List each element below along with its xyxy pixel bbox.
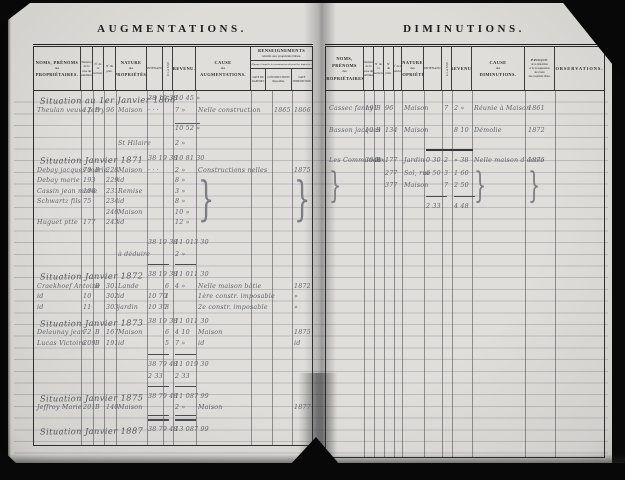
scan-edge-bottom — [0, 463, 625, 480]
handwritten-entry: 8 10 — [454, 127, 469, 134]
handwritten-entry: 2 33 — [175, 373, 190, 380]
handwritten-brace: } — [329, 168, 341, 203]
sum-rule — [454, 196, 475, 197]
handwritten-entry: 2 33 — [426, 203, 441, 210]
handwritten-entry: 38 79 48 — [148, 426, 178, 433]
header-contenance: CONTENANCE. — [424, 47, 442, 90]
handwritten-entry: 2 » — [175, 404, 185, 411]
handwritten-entry: id — [294, 340, 300, 347]
handwritten-entry: Réunie à Maison — [474, 105, 530, 112]
sum-rule — [175, 386, 196, 387]
handwritten-entry: B — [95, 340, 100, 347]
handwritten-entry: » 38 — [454, 157, 469, 164]
column-rule — [251, 91, 252, 445]
handwritten-entry: B — [95, 404, 100, 411]
handwritten-entry: 38 19 38 — [148, 318, 178, 325]
handwritten-entry: 10 » — [175, 209, 190, 216]
handwritten-entry: id — [118, 219, 124, 226]
diminutions-table: DIMINUTIONS. NOMS, PRÉNOMS des PROPRIÉTA… — [325, 23, 603, 458]
column-rule — [452, 91, 453, 457]
header-nature: NATURE des PROPRIÉTÉS. — [402, 47, 424, 90]
ledger-page: AUGMENTATIONS. NOMS, PRÉNOMS des PROPRIÉ… — [8, 3, 614, 465]
diminutions-title: DIMINUTIONS. — [325, 23, 603, 42]
handwritten-brace: } — [528, 168, 540, 203]
handwritten-entry: 243 — [106, 219, 119, 226]
handwritten-entry: 1ère constr. imposable — [198, 293, 275, 300]
handwritten-entry: 96 — [385, 105, 393, 112]
sum-rule — [148, 264, 169, 265]
column-rule — [402, 91, 403, 457]
handwritten-entry: 8 » — [175, 177, 185, 184]
handwritten-entry: » — [294, 304, 298, 311]
handwritten-entry: St Hilaire — [118, 140, 151, 147]
handwritten-entry: 377 — [385, 182, 398, 189]
header-classe: CLASSE. — [163, 47, 173, 90]
handwritten-entry: Lande — [118, 283, 139, 290]
handwritten-entry: 12 — [83, 107, 91, 114]
handwritten-entry: 1877 — [294, 404, 311, 411]
handwritten-entry: id — [118, 340, 124, 347]
header-revenu: REVENU. — [173, 47, 196, 90]
column-rule — [442, 91, 443, 457]
sum-rule — [175, 264, 196, 265]
header-cause-augmentations: CAUSE des AUGMENTATIONS. — [196, 47, 251, 90]
column-rule — [272, 91, 273, 445]
header-cause-diminutions: CAUSE des DIMINUTIONS. — [472, 47, 525, 90]
handwritten-entry: 177 — [83, 219, 96, 226]
handwritten-entry: id — [118, 293, 124, 300]
handwritten-entry: 1872 — [294, 283, 311, 290]
handwritten-entry: 277 — [385, 170, 398, 177]
handwritten-entry: 38 79 48 — [148, 361, 178, 368]
handwritten-entry: 3 — [444, 170, 448, 177]
handwritten-entry: 301 — [106, 283, 119, 290]
header-numero-plan: Nº du plan. — [104, 47, 116, 90]
handwritten-entry: B — [95, 107, 100, 114]
handwritten-entry: Schwartz fils — [37, 198, 81, 205]
augmentations-header-row: NOMS, PRÉNOMS des PROPRIÉTAIRES. Numéro … — [34, 47, 312, 91]
scan-edge-left — [0, 0, 11, 480]
handwritten-entry: 104 — [83, 188, 96, 195]
handwritten-entry: 231 — [106, 188, 119, 195]
handwritten-entry: 4 48 — [454, 203, 469, 210]
header-numero-case: Numéro de la case du sommier. — [81, 47, 93, 90]
handwritten-entry: 6 — [165, 329, 169, 336]
handwritten-entry: Situation Janvier 1872 — [40, 270, 143, 281]
handwritten-entry: Jardin — [404, 157, 425, 164]
handwritten-entry: 11 011 30 — [175, 271, 209, 278]
column-rule — [292, 91, 293, 445]
header-date-imposition: DATE D'IMPOSITION. — [292, 69, 312, 90]
handwritten-brace: } — [294, 177, 310, 224]
diminutions-header-row: NOMS, PRÉNOMS des PROPRIÉTAIRES. Numéro … — [326, 47, 604, 91]
handwritten-entry: Situation Janvier 1875 — [40, 392, 143, 403]
handwritten-entry: Situation Janvier 1873 — [40, 317, 143, 328]
column-rule — [93, 91, 94, 445]
handwritten-brace: } — [474, 168, 486, 203]
handwritten-entry: Delaunay jean — [37, 329, 85, 336]
handwritten-entry: 11 — [83, 304, 91, 311]
sum-rule — [175, 354, 196, 355]
sum-rule — [148, 386, 169, 387]
handwritten-entry: 193 — [83, 177, 96, 184]
handwritten-entry: Démolie — [474, 127, 502, 134]
handwritten-entry: B — [95, 167, 100, 174]
handwritten-entry: 2e constr. imposable — [198, 304, 268, 311]
handwritten-entry: id — [37, 293, 43, 300]
handwritten-entry: 75 — [83, 198, 91, 205]
column-rule — [81, 91, 82, 445]
handwritten-brace: } — [198, 177, 214, 224]
handwritten-entry: Situation Janvier 1871 — [40, 154, 143, 165]
handwritten-entry: id — [118, 177, 124, 184]
handwritten-entry: B — [95, 329, 100, 336]
handwritten-entry: 167 — [106, 329, 119, 336]
handwritten-entry: 10 45 » — [175, 95, 200, 102]
handwritten-entry: 2 » — [454, 105, 464, 112]
header-numero-plan: Nº du plan. — [384, 47, 394, 90]
header-numero-case: Numéro de la case du sommier. — [364, 47, 374, 90]
handwritten-entry: 2 » — [175, 140, 185, 147]
handwritten-entry: 229 — [106, 177, 119, 184]
handwritten-entry: 1 60 — [454, 170, 469, 177]
handwritten-entry: 234 — [106, 198, 119, 205]
header-nature: NATURE des PROPRIÉTÉS. — [116, 47, 147, 90]
header-renseignements-note: (Époque à laquelle les constructions dev… — [251, 61, 312, 69]
handwritten-entry: 2 » — [175, 251, 185, 258]
handwritten-entry: 96 — [106, 107, 114, 114]
handwritten-entry: 13 087 99 — [175, 426, 209, 433]
column-rule — [364, 91, 365, 457]
handwritten-entry: Maison — [198, 404, 223, 411]
sum-rule — [148, 415, 169, 416]
handwritten-entry: 8 » — [175, 198, 185, 205]
handwritten-entry: Remise — [118, 188, 143, 195]
handwritten-entry: 3 » — [175, 188, 185, 195]
header-epoque-demolition: ÉPOQUE de la démolition et de la suppres… — [525, 47, 555, 90]
handwritten-entry: 70 — [83, 167, 91, 174]
header-classe: CLASSE. — [442, 47, 452, 90]
handwritten-entry: jardin — [118, 304, 138, 311]
handwritten-entry: Maison — [118, 107, 143, 114]
handwritten-entry: 2 » — [175, 167, 185, 174]
handwritten-entry: 11 013 30 — [175, 239, 209, 246]
column-rule — [374, 91, 375, 457]
handwritten-entry: 1875 — [294, 329, 311, 336]
column-rule — [525, 91, 526, 457]
handwritten-entry: 10 52 » — [175, 123, 200, 132]
scan-edge-top — [0, 0, 625, 3]
handwritten-entry: 38 19 38 — [148, 155, 178, 162]
column-rule — [555, 91, 556, 457]
header-date-rapport: DATE DU RAPPORT. — [251, 69, 266, 90]
header-contenance: CONTENANCE. — [147, 47, 163, 90]
handwritten-entry: Situation Janvier 1887 — [40, 426, 143, 437]
handwritten-entry: 2 — [444, 157, 448, 164]
handwritten-entry: B — [376, 127, 381, 134]
handwritten-entry: Lucas Victoire — [37, 340, 86, 347]
handwritten-entry: id — [198, 340, 204, 347]
handwritten-entry: 1875 — [528, 157, 545, 164]
handwritten-entry: » — [294, 293, 298, 300]
handwritten-entry: 7 — [444, 105, 448, 112]
scanned-ledger-page: AUGMENTATIONS. NOMS, PRÉNOMS des PROPRIÉ… — [0, 0, 625, 480]
handwritten-entry: 1866 — [294, 107, 311, 114]
handwritten-entry: 7 » — [175, 340, 185, 347]
handwritten-entry: Maison — [118, 167, 143, 174]
handwritten-entry: 177 — [385, 157, 398, 164]
handwritten-entry: id — [37, 304, 43, 311]
handwritten-entry: 1861 — [528, 105, 545, 112]
handwritten-entry: 1 — [165, 293, 169, 300]
augmentations-title: AUGMENTATIONS. — [33, 23, 311, 42]
handwritten-entry: 5 — [165, 340, 169, 347]
augmentations-table: AUGMENTATIONS. NOMS, PRÉNOMS des PROPRIÉ… — [33, 23, 311, 446]
handwritten-entry: à déduire — [118, 251, 150, 258]
handwritten-entry: Maison — [404, 127, 429, 134]
handwritten-entry: B — [376, 105, 381, 112]
handwritten-entry: 228 — [106, 167, 119, 174]
handwritten-entry: 0 30 — [426, 157, 441, 164]
handwritten-entry: id — [118, 198, 124, 205]
handwritten-entry: 191 — [106, 340, 119, 347]
handwritten-entry: 38 19 38 — [148, 95, 178, 102]
header-section: Nº de la section. — [374, 47, 384, 90]
handwritten-entry: 11 019 30 — [175, 361, 209, 368]
column-rule — [384, 91, 385, 457]
sum-rule — [148, 419, 169, 420]
handwritten-entry: 11 087 99 — [175, 393, 209, 400]
column-rule — [394, 91, 395, 457]
handwritten-entry: 209 — [83, 340, 96, 347]
handwritten-entry: 302 — [106, 293, 119, 300]
handwritten-entry: Maison — [404, 105, 429, 112]
handwritten-entry: 7 » — [175, 107, 185, 114]
handwritten-entry: 38 79 48 — [148, 393, 178, 400]
handwritten-entry: Maison — [118, 404, 143, 411]
header-revenu: REVENU. — [452, 47, 472, 90]
handwritten-entry: · · · — [148, 107, 159, 114]
handwritten-entry: Nelle maison bâtie — [198, 283, 261, 290]
handwritten-entry: 303 — [106, 304, 119, 311]
handwritten-entry: Maison — [118, 209, 143, 216]
handwritten-entry: 7 — [444, 182, 448, 189]
header-section: Nº de la section. — [93, 47, 104, 90]
column-rule — [472, 91, 473, 457]
handwritten-entry: Huguet ptte — [37, 219, 78, 226]
handwritten-entry: 38 19 38 — [148, 271, 178, 278]
handwritten-entry: 4 10 — [175, 329, 190, 336]
handwritten-entry: Craekhoef Antoine — [37, 283, 100, 290]
handwritten-entry: 2 50 — [454, 182, 469, 189]
handwritten-entry: 6 50 — [426, 170, 441, 177]
handwritten-entry: Nelle construction — [198, 107, 261, 114]
diminutions-body: Cassec fanny191B96Maison72 »Réunie à Mai… — [326, 91, 604, 457]
sum-rule — [175, 419, 196, 420]
handwritten-entry: 6 — [165, 283, 169, 290]
sum-rule — [426, 149, 473, 151]
handwritten-entry: 4 » — [175, 283, 185, 290]
sum-rule — [148, 354, 169, 355]
header-noms-proprietaires: NOMS, PRÉNOMS des PROPRIÉTAIRES. — [34, 47, 81, 90]
handwritten-entry: B — [376, 157, 381, 164]
handwritten-entry: Debay marie — [37, 177, 80, 184]
handwritten-entry: 2 33 — [148, 373, 163, 380]
sum-rule — [426, 196, 447, 197]
sum-rule — [175, 415, 196, 416]
handwritten-entry: 38 19 38 — [148, 239, 178, 246]
handwritten-entry: 3 — [165, 304, 169, 311]
handwritten-entry: 72 — [83, 329, 91, 336]
handwritten-entry: Maison — [118, 329, 143, 336]
header-observations: OBSERVATIONS. — [555, 47, 604, 90]
header-noms-proprietaires: NOMS, PRÉNOMS des PROPRIÉTAIRES. — [326, 47, 364, 90]
header-numero-matrice: Nº de la matrice. — [394, 47, 402, 90]
handwritten-entry: 140 — [106, 404, 119, 411]
handwritten-entry: 240 — [106, 209, 119, 216]
header-constructions-imposables: CONSTRUCTIONS imposables. — [266, 69, 291, 90]
handwritten-entry: 10 — [83, 293, 91, 300]
handwritten-entry: 1865 — [274, 107, 291, 114]
handwritten-entry: Maison — [198, 329, 223, 336]
augmentations-body: Situation au 1er Janvier 186638 19 3810 … — [34, 91, 312, 445]
handwritten-entry: 1872 — [528, 127, 545, 134]
handwritten-entry: B — [95, 283, 100, 290]
handwritten-entry: · · · — [148, 167, 159, 174]
handwritten-entry: 134 — [385, 127, 398, 134]
header-renseignements-group: RENSEIGNEMENTS relatifs aux propriétés b… — [251, 47, 312, 90]
handwritten-entry: 201 — [83, 404, 96, 411]
handwritten-entry: 10 — [365, 127, 373, 134]
column-rule — [424, 91, 425, 457]
handwritten-entry: Jeffroy Marie — [37, 404, 82, 411]
handwritten-entry: 10 81 30 — [175, 155, 205, 162]
handwritten-entry: 12 » — [175, 219, 190, 226]
handwritten-entry: Maison — [404, 182, 429, 189]
handwritten-entry: 11 011 30 — [175, 318, 209, 325]
